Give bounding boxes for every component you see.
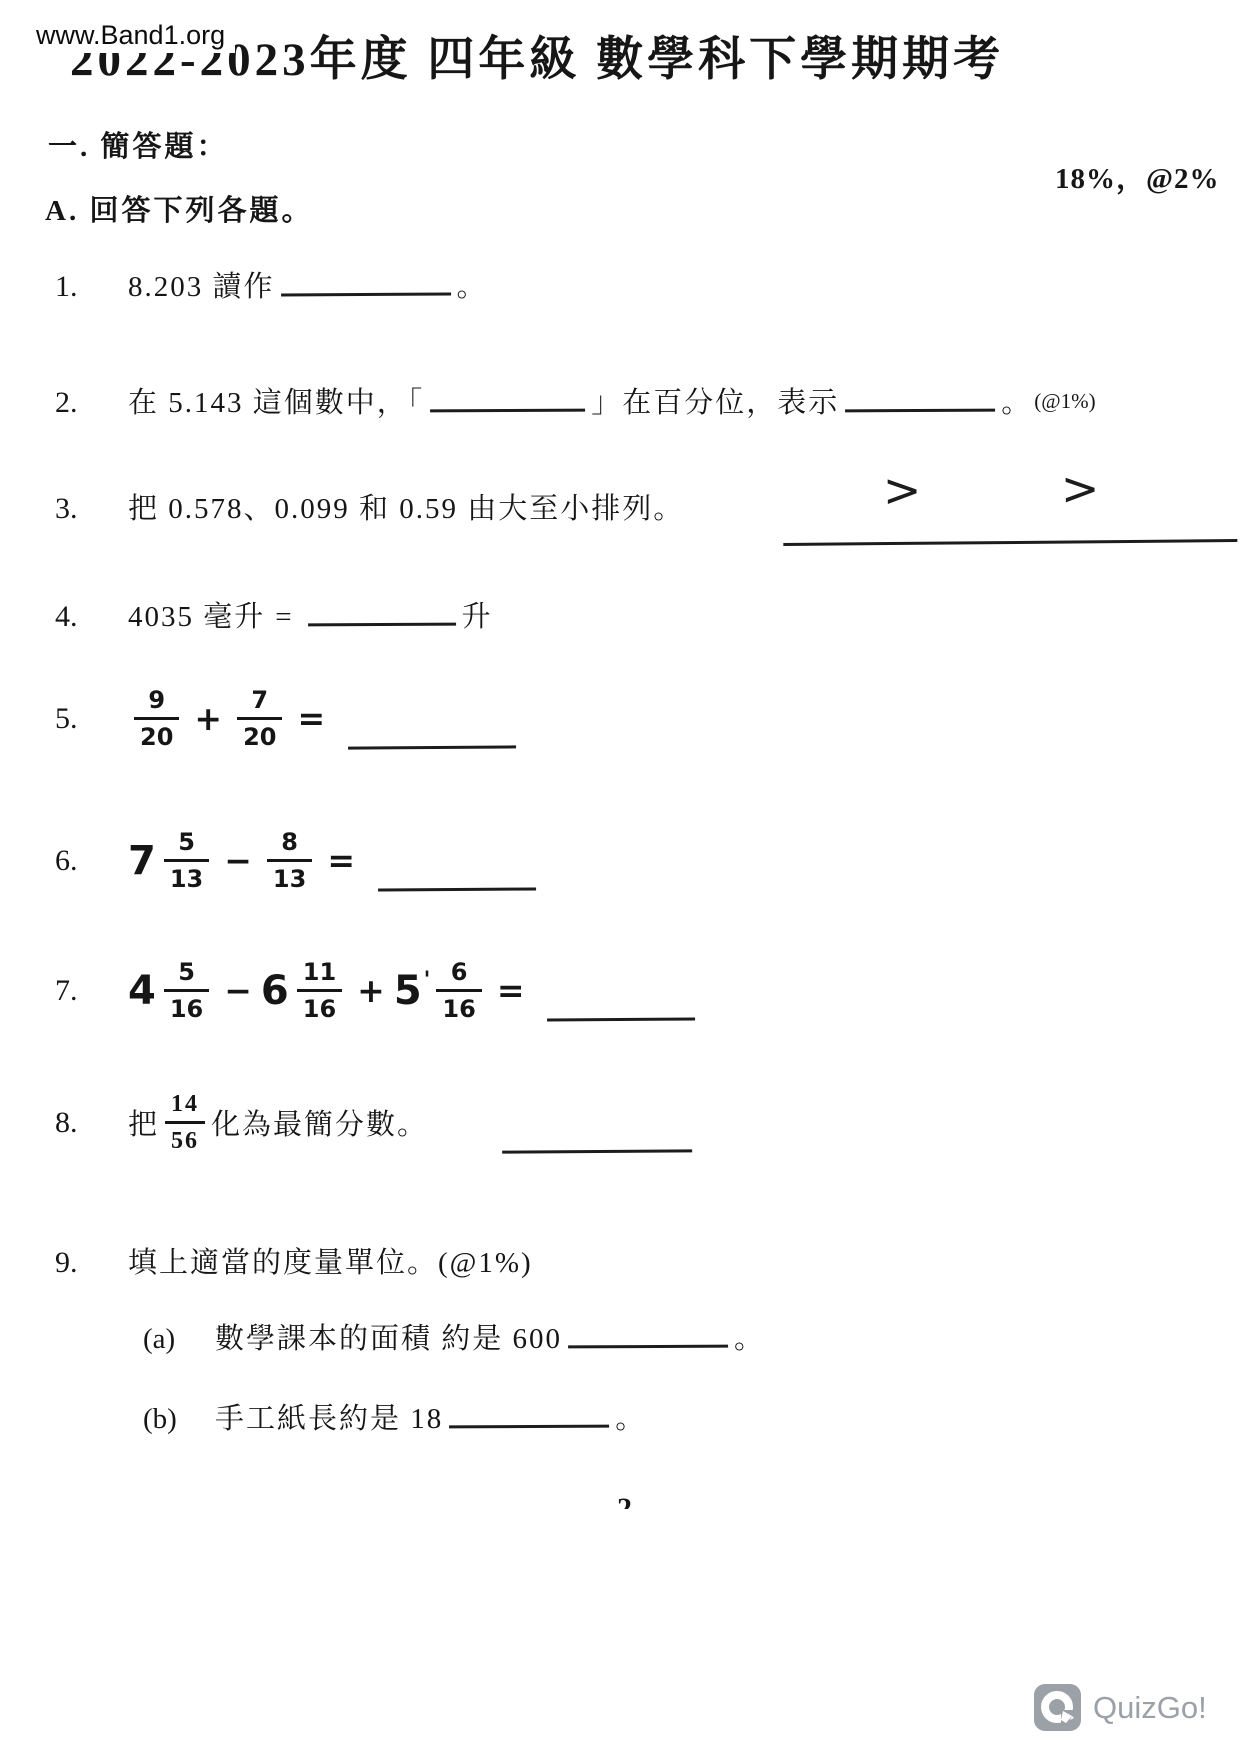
denominator: 20: [237, 717, 282, 749]
answer-blank: [308, 594, 456, 627]
brand-footer: QuizGo!: [1034, 1684, 1207, 1731]
answer-blank: [348, 726, 516, 749]
question-9a: (a) 數學課本的面積 約是 600 。: [143, 1316, 763, 1357]
question-text: 填上適當的度量單位。(@1%): [128, 1240, 533, 1281]
question-text: 數學課本的面積 約是 600: [215, 1316, 562, 1357]
question-7: 7. 4 5 16 − 6 11 16 + 5 ' 6 16 =: [55, 960, 695, 1021]
fraction: 6 16: [436, 960, 481, 1021]
question-6: 6. 7 5 13 − 8 13 =: [55, 830, 536, 891]
whole-number: 7: [128, 838, 156, 884]
question-text: 8.203 讀作: [128, 264, 275, 305]
brand-name: QuizGo!: [1093, 1690, 1207, 1726]
watermark: www.Band1.org: [30, 16, 235, 53]
greater-than-symbol: >: [1061, 461, 1100, 515]
minus-sign: −: [224, 971, 252, 1010]
question-end: 。: [734, 1316, 763, 1357]
equals-sign: =: [327, 841, 355, 880]
question-number: 3.: [55, 492, 128, 526]
plus-sign: +: [357, 971, 385, 1010]
section-heading: 一. 簡答題：: [48, 124, 229, 165]
answer-line: [502, 1103, 692, 1153]
question-text: 把 0.578、0.099 和 0.59 由大至小排列。: [128, 486, 684, 527]
denominator: 56: [165, 1121, 205, 1153]
answer-line: > >: [783, 464, 1238, 546]
answer-blank: [378, 868, 536, 891]
marks-label: 18%，@2%: [1055, 156, 1219, 197]
fraction: 7 20: [237, 688, 282, 749]
numerator: 8: [275, 830, 304, 859]
plus-sign: +: [194, 699, 222, 738]
numerator: 5: [172, 830, 201, 859]
question-text: 化為最簡分數。: [211, 1102, 428, 1143]
whole-number: 4: [128, 968, 156, 1014]
fraction: 11 16: [297, 960, 342, 1021]
equals-sign: =: [297, 699, 325, 738]
answer-blank: [449, 1396, 609, 1429]
greater-than-symbol: >: [883, 463, 922, 517]
denominator: 16: [297, 989, 342, 1021]
sub-question-label: (a): [143, 1323, 215, 1356]
question-end: 。: [1001, 380, 1030, 421]
question-1: 1. 8.203 讀作 。: [55, 264, 486, 305]
denominator: 16: [164, 989, 209, 1021]
denominator: 20: [134, 717, 179, 749]
part-a-heading: A. 回答下列各題。: [45, 188, 313, 229]
answer-blank: [568, 1316, 728, 1349]
equals-sign: =: [497, 971, 525, 1010]
question-number: 7.: [55, 974, 128, 1008]
page-number: 2: [617, 1492, 632, 1509]
fraction: 5 13: [164, 830, 209, 891]
question-number: 6.: [55, 844, 128, 878]
question-9b: (b) 手工紙長約是 18 。: [143, 1396, 644, 1437]
numerator: 7: [245, 688, 274, 717]
question-number: 2.: [55, 386, 128, 420]
question-5: 5. 9 20 + 7 20 =: [55, 688, 516, 749]
question-text: 4035 毫升: [128, 594, 265, 635]
sub-marks-note: (@1%): [1034, 389, 1095, 414]
question-text: 」在百分位，表示: [591, 380, 839, 421]
question-text: 手工紙長約是 18: [215, 1396, 443, 1437]
sub-question-label: (b): [143, 1403, 215, 1436]
question-text: 把: [128, 1102, 159, 1143]
denominator: 13: [164, 859, 209, 891]
answer-blank: [845, 380, 995, 413]
fraction: 8 13: [267, 830, 312, 891]
question-9: 9. 填上適當的度量單位。(@1%): [55, 1240, 533, 1281]
whole-number: 6: [261, 968, 289, 1014]
numerator: 9: [142, 688, 171, 717]
question-3: 3. 把 0.578、0.099 和 0.59 由大至小排列。: [55, 486, 684, 527]
answer-blank: [280, 264, 450, 297]
numerator: 6: [445, 960, 474, 989]
whole-number: 5: [394, 968, 422, 1014]
page-number-partial: 2: [617, 1492, 647, 1509]
question-4: 4. 4035 毫升 = 升: [55, 594, 493, 635]
denominator: 16: [436, 989, 481, 1021]
question-end: 。: [457, 264, 486, 305]
exam-paper-page: 2022-2023年度 四年級 數學科下學期期考 www.Band1.org 一…: [0, 0, 1240, 1754]
quizgo-logo-icon: [1034, 1684, 1081, 1731]
question-number: 8.: [55, 1106, 128, 1140]
unit-label: 升: [462, 594, 493, 635]
question-number: 9.: [55, 1246, 128, 1280]
fraction: 9 20: [134, 688, 179, 749]
minus-sign: −: [224, 841, 252, 880]
denominator: 13: [267, 859, 312, 891]
question-8: 8. 把 14 56 化為最簡分數。: [55, 1092, 428, 1153]
numerator: 11: [297, 960, 342, 989]
question-end: 。: [615, 1396, 644, 1437]
numerator: 5: [172, 960, 201, 989]
question-number: 5.: [55, 702, 128, 736]
fraction: 14 56: [165, 1092, 205, 1153]
answer-blank: [430, 380, 585, 413]
scan-tick-mark: ': [424, 968, 431, 993]
fraction: 5 16: [164, 960, 209, 1021]
question-number: 1.: [55, 270, 128, 304]
answer-blank: [547, 998, 695, 1021]
question-2: 2. 在 5.143 這個數中，「 」在百分位，表示 。 (@1%): [55, 380, 1096, 421]
question-text: 在 5.143 這個數中，「: [128, 380, 424, 421]
question-number: 4.: [55, 600, 128, 634]
equals-sign: =: [275, 601, 291, 634]
numerator: 14: [165, 1092, 205, 1121]
